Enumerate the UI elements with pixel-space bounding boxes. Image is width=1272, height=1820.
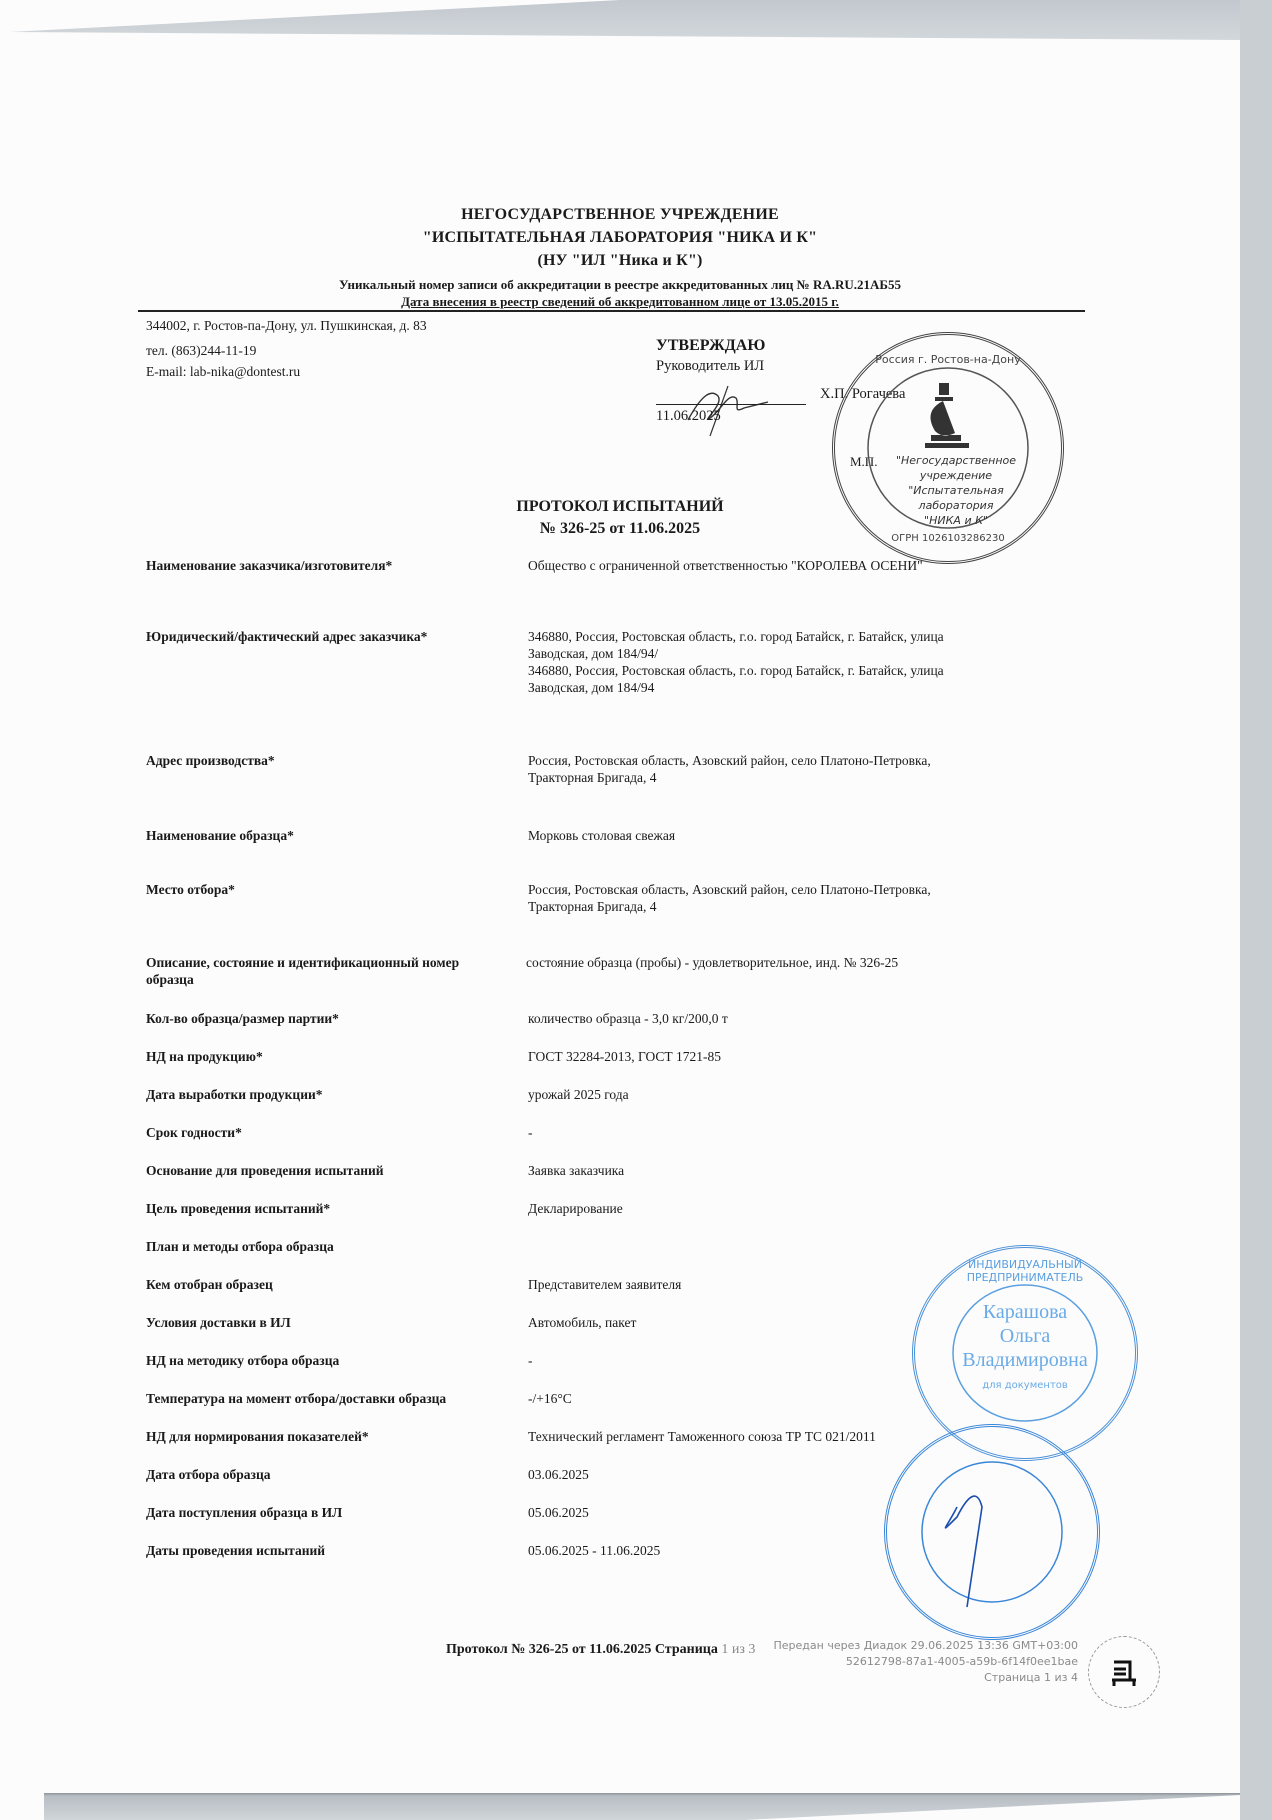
field-value: 346880, Россия, Ростовская область, г.о.… <box>528 628 1048 696</box>
field-value: Россия, Ростовская область, Азовский рай… <box>528 752 1048 786</box>
address-line: Заводская, дом 184/94 <box>528 679 1048 696</box>
field-label: Даты проведения испытаний <box>146 1542 526 1559</box>
registry-date: Дата внесения в реестр сведений об аккре… <box>0 294 1240 309</box>
stamp-name-line: Карашова <box>915 1300 1135 1324</box>
stamp-small-text: для документов <box>915 1380 1135 1391</box>
scan-edge-right <box>1240 0 1272 1820</box>
field-label: Наименование образца* <box>146 827 526 844</box>
address-line: Тракторная Бригада, 4 <box>528 769 1048 786</box>
field-value: Россия, Ростовская область, Азовский рай… <box>528 881 1048 915</box>
label-line: Описание, состояние и идентификационный … <box>146 954 536 971</box>
company-stamp <box>884 1424 1100 1640</box>
field-label: Кем отобран образец <box>146 1276 526 1293</box>
field-value: состояние образца (пробы) - удовлетворит… <box>526 954 1046 971</box>
field-label: Условия доставки в ИЛ <box>146 1314 526 1331</box>
diadoc-stamp: Передан через Диадок 29.06.2025 13:36 GM… <box>774 1638 1078 1686</box>
footer-page-of: 1 из 3 <box>721 1642 755 1657</box>
lab-email: E-mail: lab-nika@dontest.ru <box>146 361 300 382</box>
seal-line: учреждение <box>843 468 1069 483</box>
field-label: Дата поступления образца в ИЛ <box>146 1504 526 1521</box>
field-label: Срок годности* <box>146 1124 526 1141</box>
scan-edge-bottom <box>44 1793 1240 1820</box>
lab-address: 344002, г. Ростов-па-Дону, ул. Пушкинска… <box>146 315 427 336</box>
field-label: НД на продукцию* <box>146 1048 526 1065</box>
field-label: НД на методику отбора образца <box>146 1352 526 1369</box>
stamp-name-line: Владимировна <box>915 1348 1135 1372</box>
approval-role: Руководитель ИЛ <box>656 356 765 376</box>
page-footer: Протокол № 326-25 от 11.06.2025 Страница… <box>446 1642 755 1658</box>
field-label: Адрес производства* <box>146 752 526 769</box>
stamp-name-line: Ольга <box>915 1324 1135 1348</box>
field-label: Юридический/фактический адрес заказчика* <box>146 628 526 645</box>
diadoc-logo-icon <box>1110 1656 1138 1688</box>
diadoc-sent: Передан через Диадок 29.06.2025 13:36 GM… <box>774 1638 1078 1654</box>
address-line: Россия, Ростовская область, Азовский рай… <box>528 881 1048 898</box>
address-line: Тракторная Бригада, 4 <box>528 898 1048 915</box>
field-value: ГОСТ 32284-2013, ГОСТ 1721-85 <box>528 1048 1048 1065</box>
diadoc-page: Страница 1 из 4 <box>774 1670 1078 1686</box>
seal-line: "Негосударственное <box>843 453 1069 468</box>
field-value: количество образца - 3,0 кг/200,0 т <box>528 1010 1048 1027</box>
field-label: Основание для проведения испытаний <box>146 1162 526 1179</box>
field-value: Общество с ограниченной ответственностью… <box>528 557 1048 574</box>
field-label: Место отбора* <box>146 881 526 898</box>
address-line: 346880, Россия, Ростовская область, г.о.… <box>528 662 1048 679</box>
org-name-line1: НЕГОСУДАРСТВЕННОЕ УЧРЕЖДЕНИЕ <box>0 204 1240 225</box>
protocol-title: ПРОТОКОЛ ИСПЫТАНИЙ <box>0 496 1240 518</box>
label-line: образца <box>146 971 536 988</box>
field-label: План и методы отбора образца <box>146 1238 526 1255</box>
diadoc-id: 52612798-87a1-4005-a59b-6f14f0ee1bae <box>774 1654 1078 1670</box>
field-label: Дата отбора образца <box>146 1466 526 1483</box>
approval-date: 11.06.2025 <box>656 408 721 425</box>
address-line: Россия, Ростовская область, Азовский рай… <box>528 752 1048 769</box>
field-value: Морковь столовая свежая <box>528 827 1048 844</box>
field-label: Наименование заказчика/изготовителя* <box>146 557 526 574</box>
field-label: Цель проведения испытаний* <box>146 1200 526 1217</box>
field-value: урожай 2025 года <box>528 1086 1048 1103</box>
lab-phone: тел. (863)244-11-19 <box>146 340 256 361</box>
field-value: - <box>528 1124 1048 1141</box>
org-name-line2: "ИСПЫТАТЕЛЬНАЯ ЛАБОРАТОРИЯ "НИКА И К" <box>0 227 1240 248</box>
address-line: Заводская, дом 184/94/ <box>528 645 1048 662</box>
field-value: Декларирование <box>528 1200 1048 1217</box>
address-line: 346880, Россия, Ростовская область, г.о.… <box>528 628 1048 645</box>
protocol-number: № 326-25 от 11.06.2025 <box>0 518 1240 540</box>
approval-block: УТВЕРЖДАЮ Руководитель ИЛ <box>656 336 765 376</box>
field-label: Температура на момент отбора/доставки об… <box>146 1390 526 1407</box>
approval-title: УТВЕРЖДАЮ <box>656 336 765 356</box>
accreditation-number: Уникальный номер записи об аккредитации … <box>0 277 1240 292</box>
header-divider <box>138 310 1085 312</box>
field-value: Заявка заказчика <box>528 1162 1048 1179</box>
field-label: Дата выработки продукции* <box>146 1086 526 1103</box>
signature-line <box>656 404 806 405</box>
diadoc-logo <box>1088 1636 1160 1708</box>
field-label: Кол-во образца/размер партии* <box>146 1010 526 1027</box>
stamp-ring-icon <box>887 1427 1097 1637</box>
org-name-short: (НУ "ИЛ "Ника и К") <box>0 250 1240 271</box>
field-label: НД для нормирования показателей* <box>146 1428 526 1445</box>
footer-protocol: Протокол № 326-25 от 11.06.2025 Страница <box>446 1642 718 1657</box>
scan-edge-top <box>0 0 1240 42</box>
field-label: Описание, состояние и идентификационный … <box>146 954 536 988</box>
